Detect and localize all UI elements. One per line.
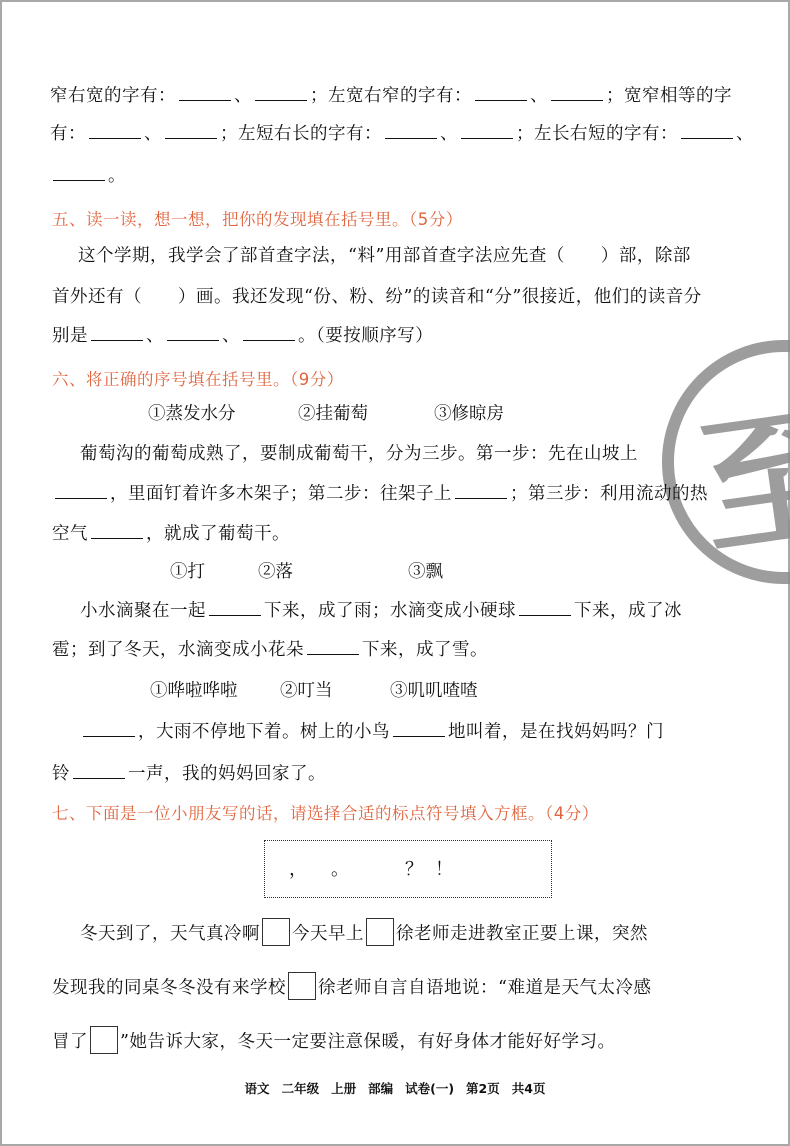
punct-question: ？ <box>405 855 423 881</box>
group3-line1: ，大雨不停地下着。树上的小鸟地叫着，是在找妈妈吗？门 <box>80 718 664 743</box>
answer-blank[interactable] <box>179 99 231 101</box>
options-group2: ①打②落③飘 <box>170 558 443 583</box>
punct-comma: ， <box>289 855 307 881</box>
punct-answer-box[interactable] <box>262 918 290 946</box>
answer-blank[interactable] <box>209 614 261 616</box>
answer-blank[interactable] <box>91 537 143 539</box>
group3-line2: 铃一声，我的妈妈回家了。 <box>52 760 326 785</box>
answer-blank[interactable] <box>475 99 527 101</box>
answer-blank[interactable] <box>393 735 445 737</box>
section5-line3: 别是、、。（要按顺序写） <box>52 322 433 347</box>
section5-heading: 五、读一读，想一想，把你的发现填在括号里。（5分） <box>52 206 463 230</box>
answer-blank[interactable] <box>307 653 359 655</box>
punct-answer-box[interactable] <box>90 1026 118 1054</box>
answer-blank[interactable] <box>167 339 219 341</box>
group1-line1: 葡萄沟的葡萄成熟了，要制成葡萄干，分为三步。第一步：先在山坡上 <box>80 440 638 465</box>
answer-blank[interactable] <box>73 777 125 779</box>
section7-line1: 冬天到了，天气真冷啊今天早上徐老师走进教室正要上课，突然 <box>80 918 648 946</box>
answer-blank[interactable] <box>53 179 105 181</box>
section7-heading: 七、下面是一位小朋友写的话，请选择合适的标点符号填入方框。（4分） <box>52 800 599 824</box>
section4-line2: 有：、；左短右长的字有：、；左长右短的字有：、 <box>50 120 754 145</box>
options-group3: ①哗啦哗啦②叮当③叽叽喳喳 <box>150 677 478 702</box>
section6-heading: 六、将正确的序号填在括号里。（9分） <box>52 366 344 390</box>
section7-line3: 冒了”她告诉大家，冬天一定要注意保暖，有好身体才能好好学习。 <box>52 1026 615 1054</box>
punct-answer-box[interactable] <box>366 918 394 946</box>
answer-blank[interactable] <box>461 137 513 139</box>
answer-blank[interactable] <box>551 99 603 101</box>
answer-blank[interactable] <box>91 339 143 341</box>
punctuation-options-box: ， 。 ？ ！ <box>264 840 552 898</box>
punct-exclamation: ！ <box>435 855 453 881</box>
answer-blank[interactable] <box>455 497 507 499</box>
punct-period: 。 <box>331 855 349 881</box>
answer-blank[interactable] <box>89 137 141 139</box>
section5-line2: 首外还有（）画。我还发现“份、粉、纷”的读音和“分”很接近，他们的读音分 <box>52 283 702 308</box>
section7-line2: 发现我的同桌冬冬没有来学校徐老师自言自语地说：“难道是天气太冷感 <box>52 972 651 1000</box>
punct-answer-box[interactable] <box>288 972 316 1000</box>
answer-blank[interactable] <box>83 735 135 737</box>
answer-blank[interactable] <box>681 137 733 139</box>
answer-blank[interactable] <box>55 497 107 499</box>
answer-blank[interactable] <box>165 137 217 139</box>
group2-line2: 雹；到了冬天，水滴变成小花朵下来，成了雪。 <box>52 636 488 661</box>
answer-blank[interactable] <box>243 339 295 341</box>
section4-line3: 。 <box>50 162 126 187</box>
group2-line1: 小水滴聚在一起下来，成了雨；水滴变成小硬球下来，成了冰 <box>80 597 682 622</box>
group1-line3: 空气，就成了葡萄干。 <box>52 520 290 545</box>
section4-line1: 窄右宽的字有：、；左宽右窄的字有：、；宽窄相等的字 <box>50 82 732 107</box>
page-footer: 语文二年级上册部编试卷(一)第2页共4页 <box>0 1079 790 1097</box>
options-group1: ①蒸发水分②挂葡萄③修晾房 <box>148 400 504 425</box>
answer-blank[interactable] <box>255 99 307 101</box>
section5-line1: 这个学期，我学会了部首查字法，“料”用部首查字法应先查（）部，除部 <box>78 242 691 267</box>
answer-blank[interactable] <box>519 614 571 616</box>
group1-line2: ，里面钉着许多木架子；第二步：往架子上；第三步：利用流动的热 <box>52 480 708 505</box>
answer-blank[interactable] <box>385 137 437 139</box>
